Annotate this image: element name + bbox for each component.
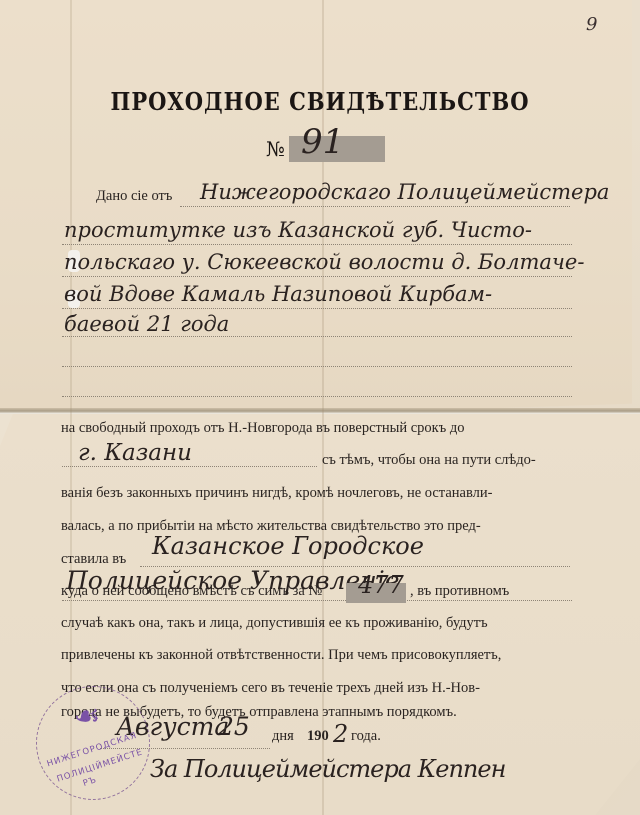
document-title: ПРОХОДНОЕ СВИДѢТЕЛЬСТВО <box>0 87 640 116</box>
body-line-6-end: , въ противномъ <box>410 583 509 600</box>
dotted-line <box>62 466 317 467</box>
person-line-2: польскаго у. Сюкеевской волости д. Болта… <box>64 250 584 274</box>
certificate-number: № 91 <box>266 136 385 162</box>
double-headed-eagle-icon: ☙ <box>67 699 107 735</box>
body-line-2: съ тѣмъ, чтобы она на пути слѣдо- <box>322 452 536 469</box>
dotted-line <box>62 366 572 367</box>
dotted-line <box>62 308 572 309</box>
body-line-6-start: куда о ней сообщено вмѣстѣ съ симъ за № <box>61 583 322 600</box>
body-line-7: случаѣ какъ она, такъ и лица, допустивші… <box>61 615 488 632</box>
date-year-printed: 190 <box>307 728 329 745</box>
person-line-3: вой Вдове Камаль Назиповой Кирбам- <box>64 282 492 306</box>
horizontal-tear <box>0 408 640 414</box>
issued-label: Дано сіе отъ <box>96 188 172 205</box>
date-year-label: года. <box>351 728 381 745</box>
date-day-label: дня <box>272 728 294 745</box>
dotted-line <box>62 336 572 337</box>
body-line-8: привлечены къ законной отвѣтственности. … <box>61 647 501 664</box>
number-label: № <box>266 137 285 161</box>
number-field: 91 <box>289 136 385 162</box>
person-line-1: проститутке изъ Казанской губ. Чисто- <box>64 218 532 242</box>
destination-handwritten: г. Казани <box>78 440 192 466</box>
stamp-text-3: РЪ <box>82 775 99 789</box>
date-year-handwritten: 2 <box>333 720 348 748</box>
signature: За Полицеймейстера Кеппен <box>150 755 505 783</box>
issuer-handwritten: Нижегородскаго Полицеймейстера <box>200 180 609 204</box>
person-line-4: баевой 21 года <box>64 312 229 336</box>
document-paper: 9 ПРОХОДНОЕ СВИДѢТЕЛЬСТВО № 91 Дано сіе … <box>0 0 640 815</box>
dotted-line <box>62 276 572 277</box>
ref-number-field: 477 <box>346 583 406 603</box>
date-day: 25 <box>218 712 250 741</box>
office-handwritten-1: Казанское Городское <box>152 532 424 560</box>
dotted-line <box>62 244 572 245</box>
ref-number: 477 <box>358 571 404 599</box>
dotted-line <box>62 600 572 601</box>
body-line-3: ванія безъ законныхъ причинъ нигдѣ, кром… <box>61 485 492 502</box>
dotted-line <box>180 206 570 207</box>
body-line-1: на свободный проходъ отъ Н.-Новгорода въ… <box>61 420 464 437</box>
page-number: 9 <box>586 14 597 35</box>
dotted-line <box>62 396 572 397</box>
official-stamp: ☙ НИЖЕГОРОДСКАЯ ПОЛИЦІЙМЕЙСТЕ РЪ <box>36 686 150 800</box>
number-value: 91 <box>301 122 344 162</box>
